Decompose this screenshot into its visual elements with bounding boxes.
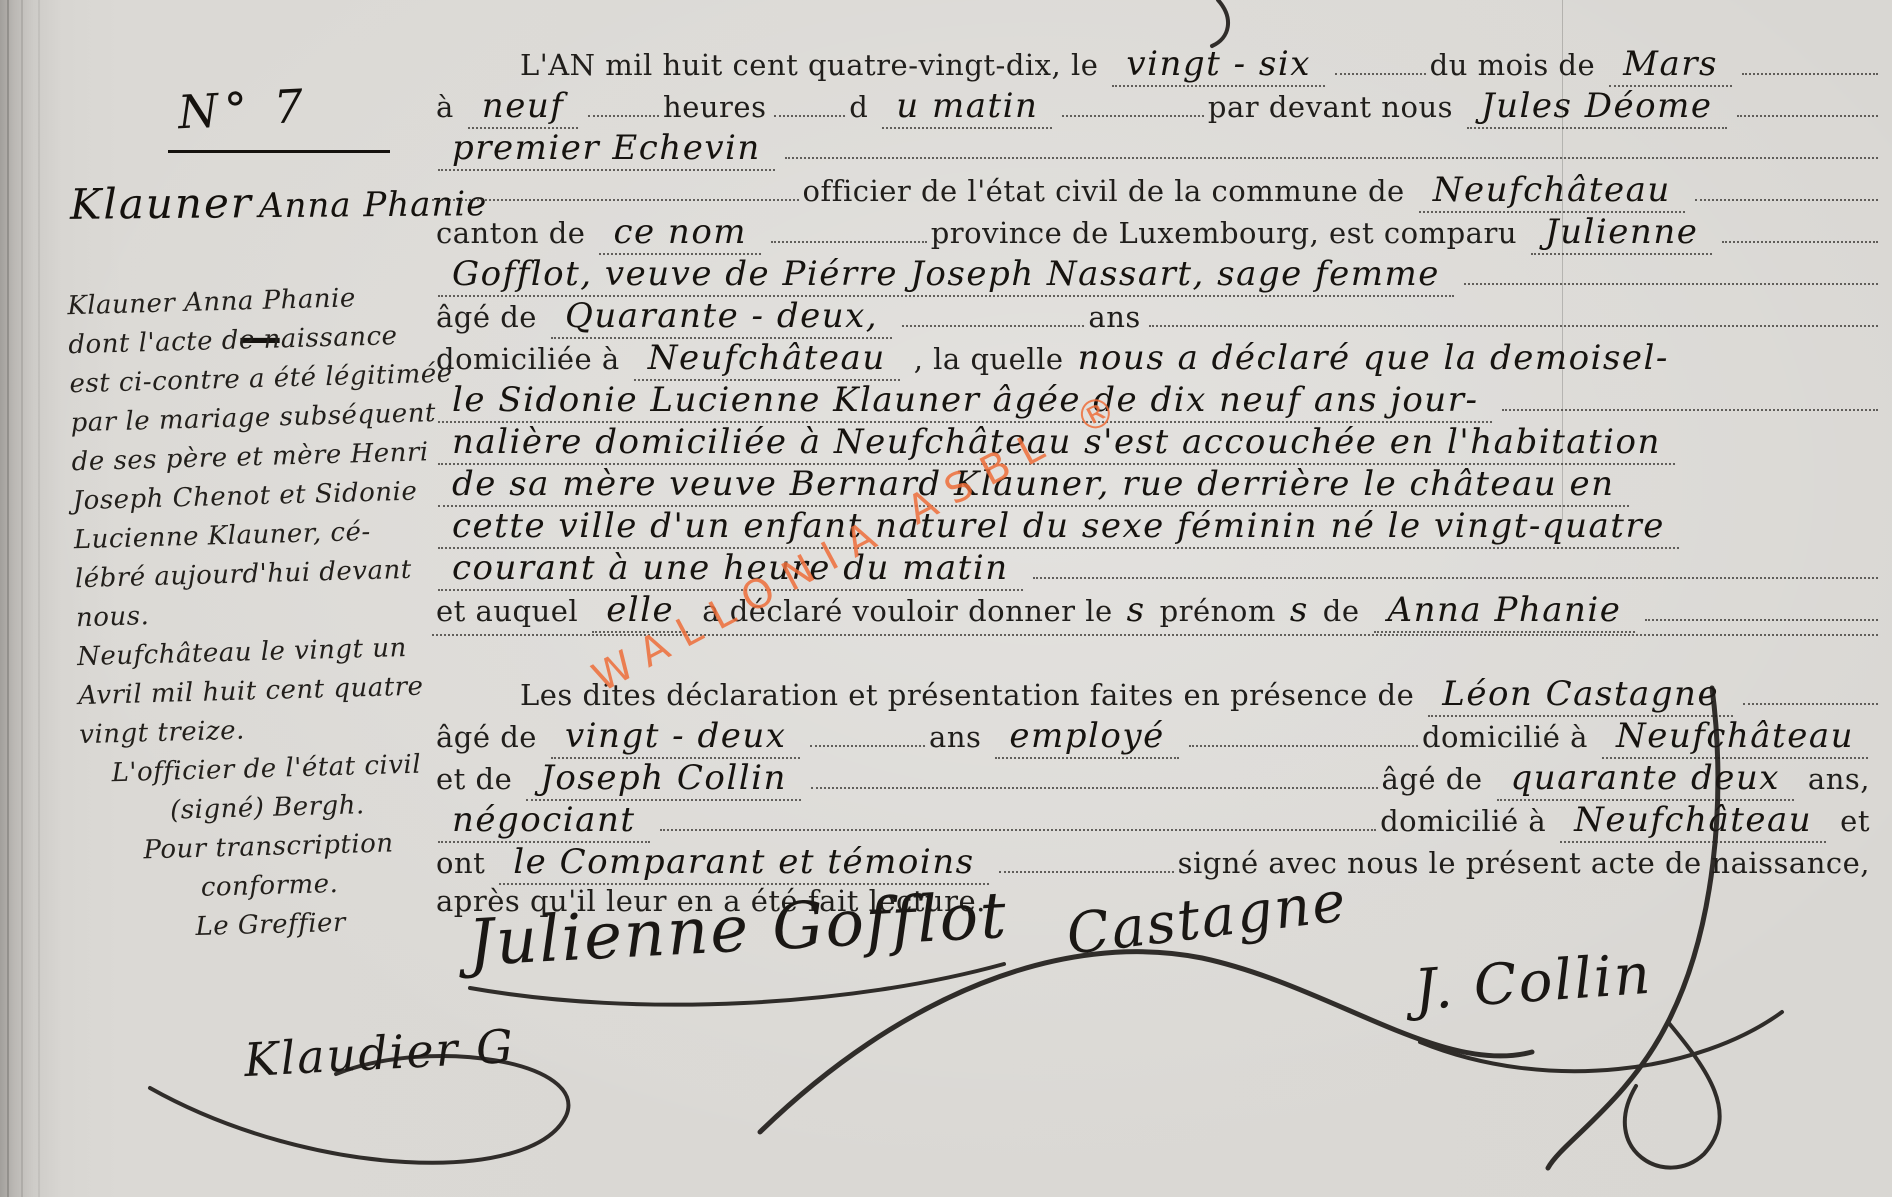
dotted-rule — [1722, 239, 1878, 243]
act-number-underline — [168, 150, 390, 153]
printed-label: à — [436, 90, 454, 124]
handwritten-entry: Neufchâteau — [1560, 800, 1826, 843]
act-body: L'AN mil huit cent quatre-vingt-dix, lev… — [432, 44, 1878, 926]
dotted-rule — [1062, 113, 1203, 117]
printed-label: Les dites déclaration et présentation fa… — [520, 678, 1414, 712]
handwritten-entry: Julienne — [1531, 212, 1712, 255]
printed-label: domicilié à — [1380, 804, 1546, 838]
handwritten-entry: Jules Déome — [1467, 86, 1727, 129]
dotted-rule — [1742, 71, 1878, 75]
printed-label: par devant nous — [1208, 90, 1453, 124]
act-line: de sa mère veuve Bernard Klauner, rue de… — [432, 464, 1878, 506]
dotted-rule — [1695, 197, 1878, 201]
act-line: et deJoseph Collinâgé dequarante deuxans… — [432, 758, 1878, 800]
handwritten-entry: s — [1290, 590, 1309, 630]
printed-label: prénom — [1160, 594, 1276, 628]
handwritten-entry: vingt - deux — [551, 716, 800, 759]
printed-label: d — [849, 90, 868, 124]
dotted-rule — [1033, 575, 1878, 579]
handwritten-entry: négociant — [438, 800, 650, 843]
act-line: domiciliée àNeufchâteau, la quellenous a… — [432, 338, 1878, 380]
printed-label: ont — [436, 846, 485, 880]
printed-label: et — [1840, 804, 1870, 838]
act-line: nalière domiciliée à Neufchâteau s'est a… — [432, 422, 1878, 464]
handwritten-entry: Anna Phanie — [1374, 590, 1636, 633]
dotted-rule — [1149, 323, 1878, 327]
handwritten-entry: le Comparant et témoins — [499, 842, 988, 885]
dotted-rule — [588, 113, 659, 117]
dotted-rule — [432, 197, 799, 201]
printed-label: âgé de — [436, 300, 537, 334]
printed-label: âgé de — [1382, 762, 1483, 796]
printed-label: ans, — [1808, 762, 1870, 796]
handwritten-entry: Neufchâteau — [1419, 170, 1685, 213]
handwritten-entry: employé — [995, 716, 1178, 759]
act-line: premier Echevin — [432, 128, 1878, 170]
handwritten-entry: Joseph Collin — [526, 758, 801, 801]
printed-label: L'AN mil huit cent quatre-vingt-dix, le — [520, 48, 1098, 82]
printed-label: et auquel — [436, 594, 578, 628]
dotted-rule — [999, 869, 1174, 873]
act-line: canton dece nomprovince de Luxembourg, e… — [432, 212, 1878, 254]
handwritten-entry: cette ville d'un enfant naturel du sexe … — [438, 506, 1679, 549]
handwritten-entry: ce nom — [599, 212, 761, 255]
dotted-rule — [785, 155, 1878, 159]
dotted-rule — [1335, 71, 1426, 75]
margin-name-header: KlaunerAnna Phanie — [70, 176, 488, 229]
handwritten-entry: Mars — [1609, 44, 1732, 87]
printed-label: province de Luxembourg, est comparu — [931, 216, 1517, 250]
handwritten-entry: premier Echevin — [438, 128, 775, 171]
printed-label: et de — [436, 762, 512, 796]
printed-label: domicilié à — [1422, 720, 1588, 754]
dotted-rule — [811, 785, 1378, 789]
dotted-rule — [660, 827, 1377, 831]
dotted-rule — [810, 743, 925, 747]
printed-label: canton de — [436, 216, 585, 250]
dotted-rule — [1502, 407, 1878, 411]
act-line: cette ville d'un enfant naturel du sexe … — [432, 506, 1878, 548]
handwritten-entry: Léon Castagne — [1428, 674, 1733, 717]
printed-label: domiciliée à — [436, 342, 620, 376]
handwritten-entry: neuf — [468, 86, 579, 129]
dotted-rule — [902, 323, 1084, 327]
dotted-rule — [1464, 281, 1878, 285]
margin-surname: Klauner — [70, 178, 253, 229]
handwritten-entry: Quarante - deux, — [551, 296, 892, 339]
act-line: âgé deQuarante - deux,ans — [432, 296, 1878, 338]
binding-edge-line — [38, 0, 40, 1197]
handwritten-entry: s — [1127, 590, 1146, 630]
handwritten-entry: u matin — [882, 86, 1052, 129]
printed-label: officier de l'état civil de la commune d… — [803, 174, 1405, 208]
handwritten-entry: le Sidonie Lucienne Klauner âgée de dix … — [438, 380, 1492, 423]
act-line: Gofflot, veuve de Piérre Joseph Nassart,… — [432, 254, 1878, 296]
act-line: âgé devingt - deuxansemployédomicilié àN… — [432, 716, 1878, 758]
printed-label: heures — [663, 90, 766, 124]
printed-label: de — [1323, 594, 1360, 628]
dotted-rule — [774, 113, 845, 117]
act-line: courant à une heure du matin — [432, 548, 1878, 590]
handwritten-entry: Neufchâteau — [634, 338, 900, 381]
handwritten-entry: Neufchâteau — [1602, 716, 1868, 759]
printed-label: signé avec nous le présent acte de naiss… — [1178, 846, 1870, 880]
dotted-rule — [771, 239, 927, 243]
dotted-rule — [1189, 743, 1418, 747]
printed-label: ans — [1088, 300, 1140, 334]
dotted-rule — [1645, 617, 1878, 621]
handwritten-entry: quarante deux — [1497, 758, 1794, 801]
handwritten-entry: Gofflot, veuve de Piérre Joseph Nassart,… — [438, 254, 1454, 297]
dotted-rule — [1743, 701, 1878, 705]
printed-label: du mois de — [1430, 48, 1596, 82]
printed-label: ans — [929, 720, 981, 754]
margin-certification-line: Pour transcription conforme. — [82, 823, 456, 911]
printed-label: , la quelle — [914, 342, 1064, 376]
act-line: L'AN mil huit cent quatre-vingt-dix, lev… — [432, 44, 1878, 86]
act-number: N° 7 — [177, 79, 311, 140]
act-line: àneufheuresdu matinpar devant nousJules … — [432, 86, 1878, 128]
dotted-rule — [1737, 113, 1878, 117]
binding-edge-line — [21, 0, 23, 1197]
act-line: négociantdomicilié àNeufchâteauet — [432, 800, 1878, 842]
margin-note: Klauner Anna Phaniedont l'acte de naissa… — [67, 277, 457, 950]
act-line: Les dites déclaration et présentation fa… — [432, 674, 1878, 716]
printed-label: âgé de — [436, 720, 537, 754]
act-line: officier de l'état civil de la commune d… — [432, 170, 1878, 212]
binding-edge-line — [7, 0, 9, 1197]
handwritten-entry: vingt - six — [1112, 44, 1325, 87]
act-line: le Sidonie Lucienne Klauner âgée de dix … — [432, 380, 1878, 422]
act-line: ontle Comparant et témoinssigné avec nou… — [432, 842, 1878, 884]
handwritten-entry: nous a déclaré que la demoisel- — [1078, 338, 1669, 378]
